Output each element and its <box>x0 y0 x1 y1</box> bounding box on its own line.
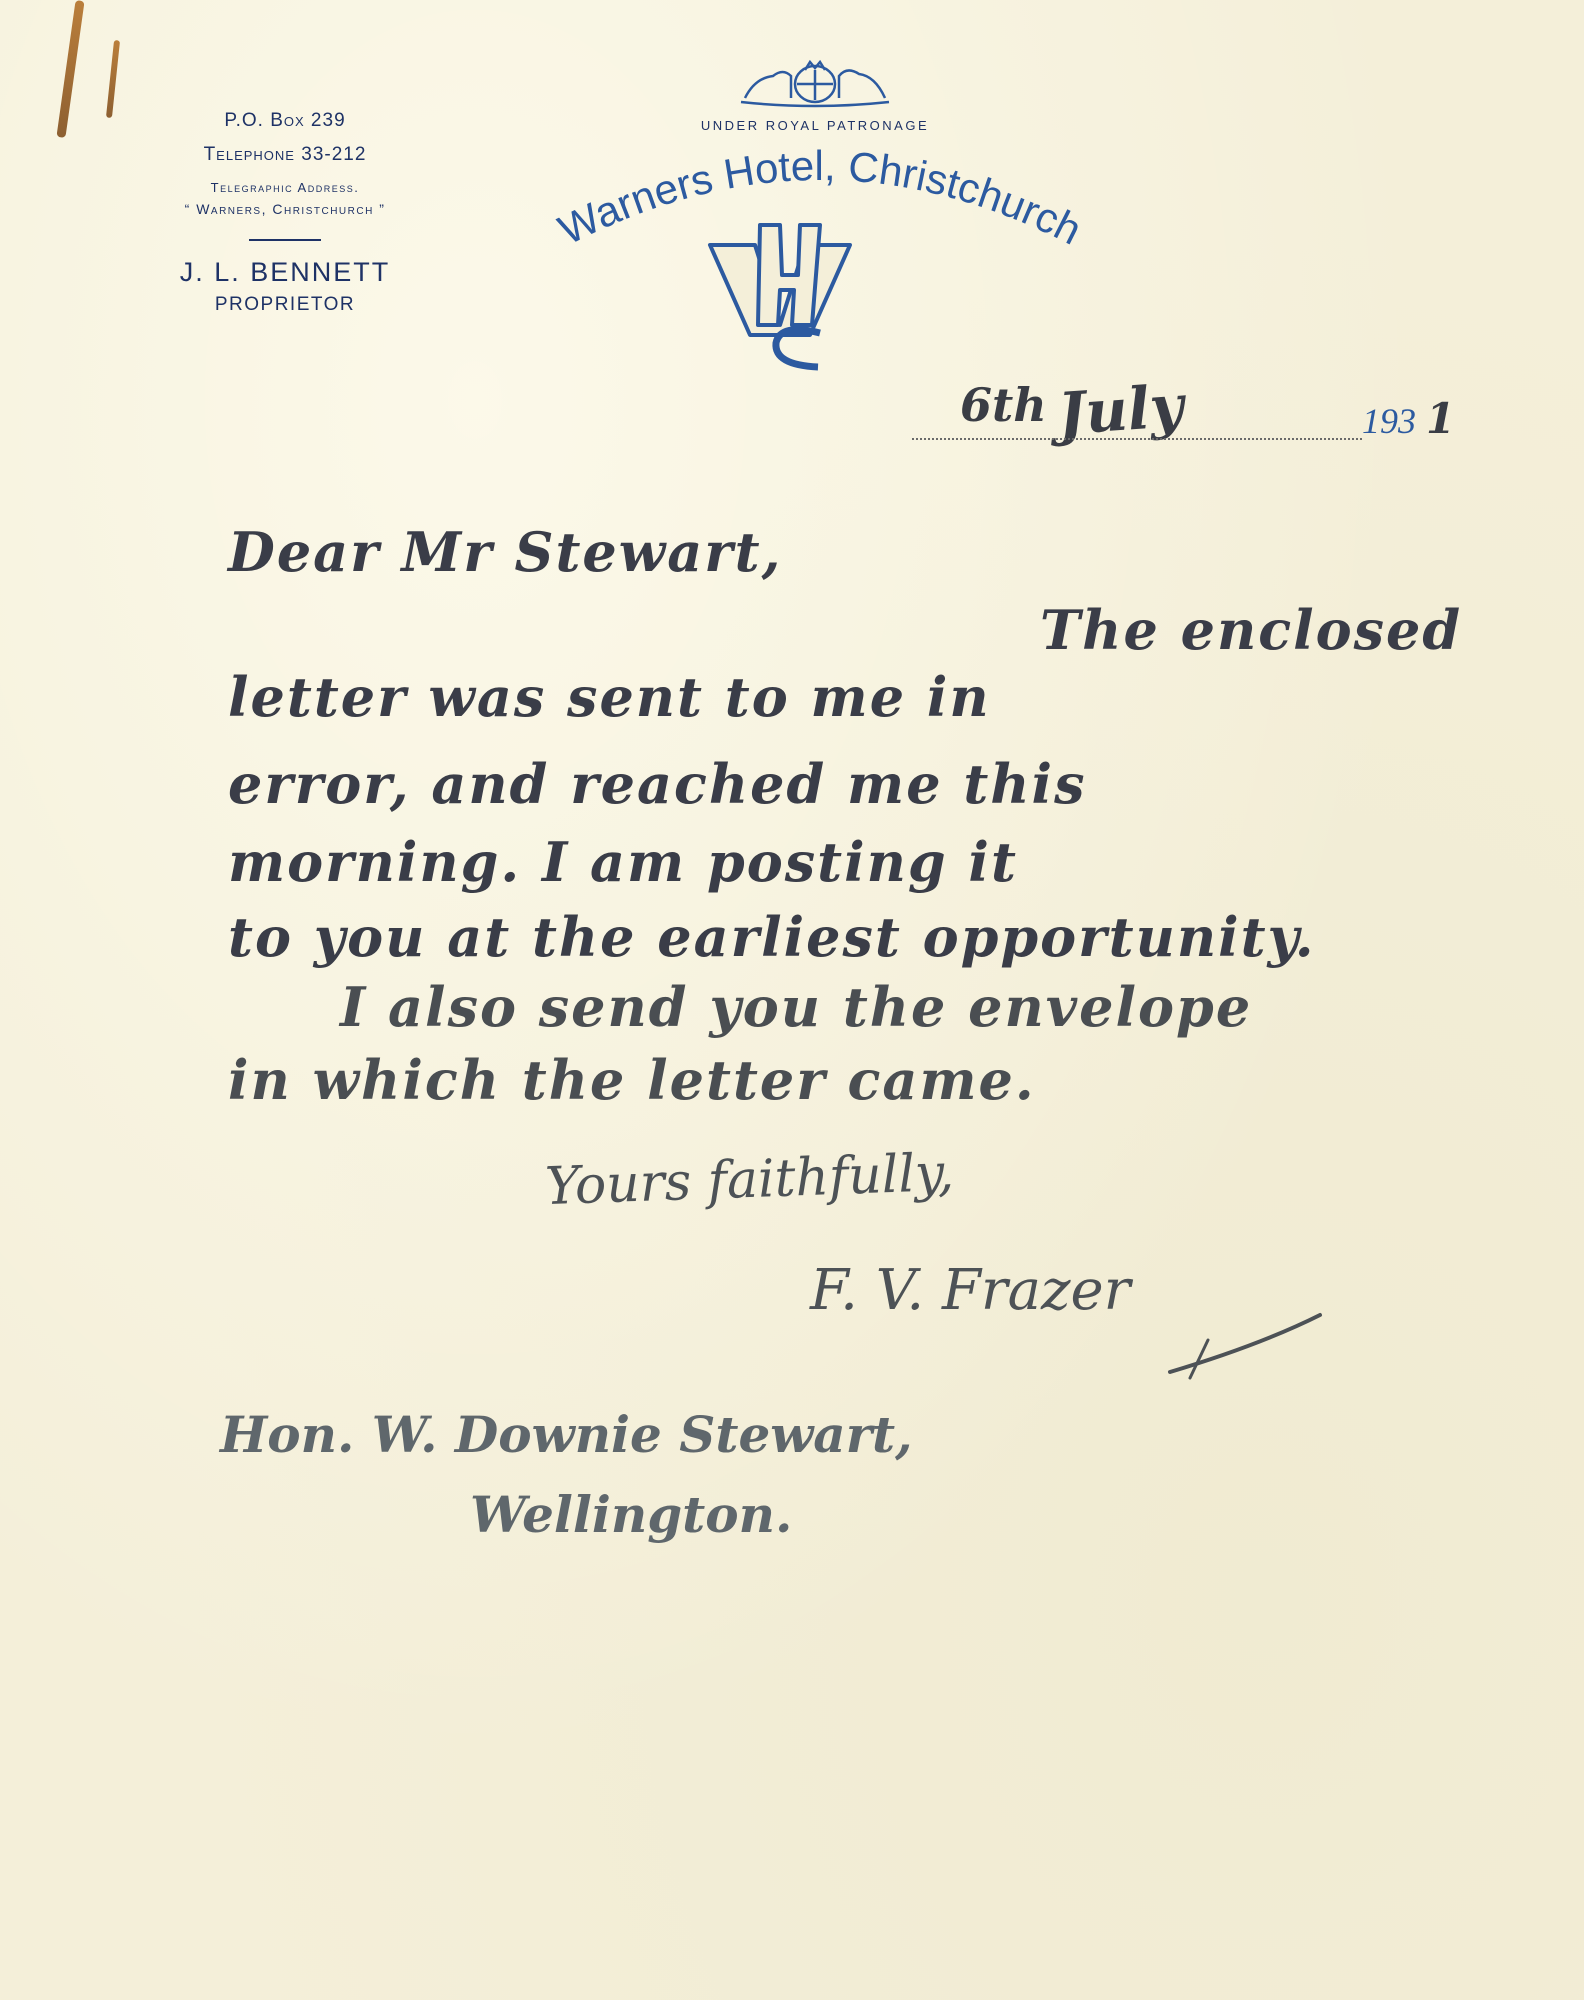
divider <box>249 239 321 241</box>
letterhead-contact-block: P.O. Box 239 Telephone 33-212 Telegraphi… <box>120 110 450 316</box>
body-line: letter was sent to me in <box>228 665 991 729</box>
date-month: July <box>1056 372 1186 449</box>
proprietor-title: PROPRIETOR <box>120 294 450 316</box>
telegraphic-label: Telegraphic Address. <box>120 180 450 195</box>
body-line: in which the letter came. <box>228 1048 1036 1112</box>
proprietor-name: J. L. BENNETT <box>120 257 450 288</box>
date-dotted-line <box>912 438 1362 440</box>
date-year-printed: 193 <box>1362 400 1416 442</box>
recipient-name: Hon. W. Downie Stewart, <box>220 1405 913 1464</box>
recipient-city: Wellington. <box>470 1485 792 1544</box>
date-day: 6th <box>960 378 1047 432</box>
body-line: I also send you the envelope <box>340 975 1252 1039</box>
body-line: morning. I am posting it <box>228 830 1018 894</box>
body-line: The enclosed <box>1040 598 1462 662</box>
royal-patronage: UNDER ROYAL PATRONAGE <box>660 118 970 133</box>
body-line: error, and reached me this <box>228 752 1086 816</box>
royal-coat-of-arms-icon <box>735 58 895 108</box>
date-year-handwritten: 1 <box>1426 394 1455 443</box>
body-line: to you at the earliest opportunity. <box>228 905 1316 969</box>
signature-flourish-icon <box>1150 1310 1330 1380</box>
salutation: Dear Mr Stewart, <box>228 520 782 584</box>
po-box: P.O. Box 239 <box>120 110 450 132</box>
hotel-monogram-icon <box>700 215 880 375</box>
signature: F. V. Frazer <box>810 1258 1130 1323</box>
telephone: Telephone 33-212 <box>120 144 450 166</box>
telegraphic-address: “ Warners, Christchurch ” <box>120 201 450 217</box>
